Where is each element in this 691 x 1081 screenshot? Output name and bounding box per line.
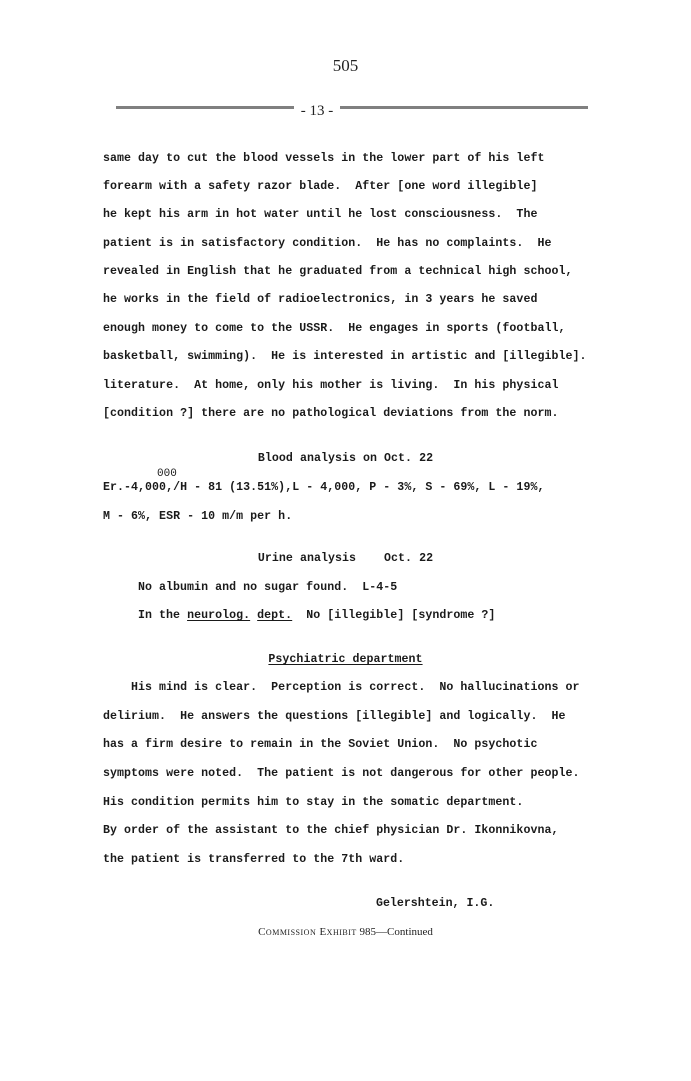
text-line: His condition permits him to stay in the… xyxy=(103,796,523,809)
signature: Gelershtein, I.G. xyxy=(376,897,494,910)
psychiatric-heading: Psychiatric department xyxy=(0,653,691,666)
neurology-line: In the neurolog. dept. No [illegible] [s… xyxy=(138,609,495,622)
text-line: symptoms were noted. The patient is not … xyxy=(103,767,580,780)
text-line: delirium. He answers the questions [ille… xyxy=(103,710,566,723)
text-line: enough money to come to the USSR. He eng… xyxy=(103,322,566,335)
text-line: [condition ?] there are no pathological … xyxy=(103,407,558,420)
superscript: 000 xyxy=(157,468,177,480)
text-line: same day to cut the blood vessels in the… xyxy=(103,152,544,165)
text-line: patient is in satisfactory condition. He… xyxy=(103,237,551,250)
caption-suffix: —Continued xyxy=(376,926,433,938)
caption-label: Commission Exhibit xyxy=(258,926,357,938)
text-line: the patient is transferred to the 7th wa… xyxy=(103,853,404,866)
text-line: literature. At home, only his mother is … xyxy=(103,379,558,392)
sheet-number: - 13 - xyxy=(294,103,340,120)
text-line: he kept his arm in hot water until he lo… xyxy=(103,208,537,221)
text-line: His mind is clear. Perception is correct… xyxy=(103,681,580,694)
header-rule-left xyxy=(116,106,294,109)
blood-analysis-heading: Blood analysis on Oct. 22 xyxy=(0,452,691,465)
caption-number: 985 xyxy=(360,926,377,938)
text-line: has a firm desire to remain in the Sovie… xyxy=(103,738,537,751)
text-line: basketball, swimming). He is interested … xyxy=(103,350,587,363)
underlined-text: dept. xyxy=(257,609,292,622)
text-line: forearm with a safety razor blade. After… xyxy=(103,180,537,193)
blood-values-line: Er.-4,000,/H - 81 (13.51%),L - 4,000, P … xyxy=(103,481,544,494)
text-line: he works in the field of radioelectronic… xyxy=(103,293,537,306)
page-number: 505 xyxy=(0,56,691,76)
urine-result-line: No albumin and no sugar found. L-4-5 xyxy=(138,581,397,594)
text: No [illegible] [syndrome ?] xyxy=(292,609,495,622)
underlined-text: neurolog. xyxy=(187,609,250,622)
urine-analysis-heading: Urine analysis Oct. 22 xyxy=(0,552,691,565)
text-line: By order of the assistant to the chief p… xyxy=(103,824,558,837)
text: In the xyxy=(138,609,187,622)
text-line: revealed in English that he graduated fr… xyxy=(103,265,573,278)
exhibit-caption: Commission Exhibit 985—Continued xyxy=(0,926,691,938)
header-rule-right xyxy=(340,106,588,109)
blood-values-line: M - 6%, ESR - 10 m/m per h. xyxy=(103,510,292,523)
